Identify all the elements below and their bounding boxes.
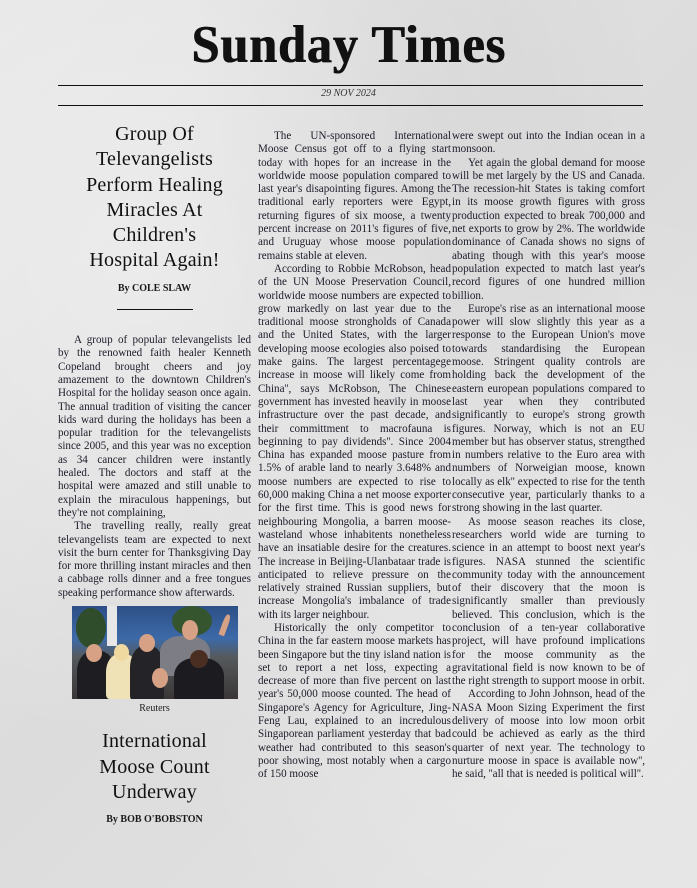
paragraph: Historically the only competitor to Chin… — [258, 622, 451, 782]
paragraph: Europe's rise as an international moose … — [452, 303, 645, 516]
byline-separator — [117, 309, 193, 310]
article2-headline: International Moose Count Underway — [58, 729, 251, 805]
article1-photo — [72, 606, 238, 699]
paragraph: According to Robbie McRobson, head of th… — [258, 263, 451, 622]
headline-line: Underway — [58, 780, 251, 805]
paragraph: As moose season reaches its close, resea… — [452, 516, 645, 689]
photo-caption: Reuters — [58, 702, 251, 715]
paragraph: The UN-sponsored International Moose Cen… — [258, 130, 451, 263]
article2-byline: By BOB O'BOBSTON — [58, 813, 251, 826]
headline-line: Perform Healing — [58, 173, 251, 198]
masthead-rule-top — [58, 85, 643, 86]
paragraph: were swept out into the Indian ocean in … — [452, 130, 645, 157]
middle-column: The UN-sponsored International Moose Cen… — [258, 130, 451, 782]
headline-line: International — [58, 729, 251, 754]
headline-line: Children's — [58, 223, 251, 248]
headline-line: Miracles At — [58, 198, 251, 223]
right-column: were swept out into the Indian ocean in … — [452, 130, 645, 782]
headline-line: Hospital Again! — [58, 248, 251, 273]
dateline: 29 NOV 2024 — [0, 88, 697, 99]
article1-byline: By COLE SLAW — [58, 282, 251, 295]
paragraph: According to John Johnson, head of the N… — [452, 688, 645, 781]
headline-line: Group Of — [58, 122, 251, 147]
paragraph: Yet again the global demand for moose wi… — [452, 157, 645, 303]
headline-line: Televangelists — [58, 147, 251, 172]
masthead-rule-bottom — [58, 105, 643, 106]
paragraph: A group of popular televangelists led by… — [58, 334, 251, 520]
masthead-title: Sunday Times — [0, 13, 697, 76]
paragraph: The travelling really, really great tele… — [58, 520, 251, 600]
headline-line: Moose Count — [58, 755, 251, 780]
left-column: Group Of Televangelists Perform Healing … — [58, 122, 251, 827]
article1-headline: Group Of Televangelists Perform Healing … — [58, 122, 251, 274]
article1-body: A group of popular televangelists led by… — [58, 334, 251, 600]
